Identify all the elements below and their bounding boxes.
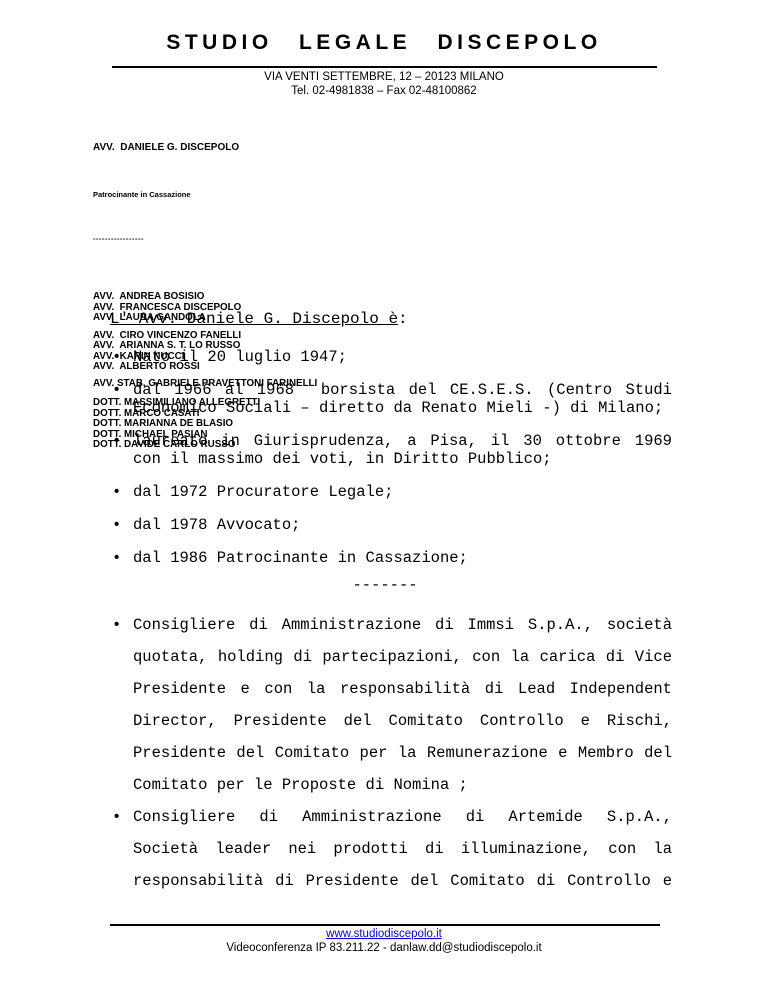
bullet-icon: • (112, 348, 121, 366)
bullet-list-double: •Consigliere di Amministrazione di Immsi… (133, 609, 672, 897)
bullet-line: quotata, holding di partecipazioni, con … (133, 641, 672, 673)
cv-intro: L' Avv. Daniele G. Discepolo è: (110, 310, 408, 328)
header-rule (112, 66, 657, 68)
bullet-icon: • (112, 549, 121, 567)
bullet-line: con il massimo dei voti, in Diritto Pubb… (133, 450, 672, 468)
bullet-list-single: •Nato il 20 luglio 1947;•dal 1966 al 196… (133, 348, 672, 582)
section-separator: ------- (110, 576, 660, 594)
bullet-item: •dal 1972 Procuratore Legale; (133, 483, 672, 501)
bullet-icon: • (112, 432, 121, 450)
bullet-line: Consigliere di Amministrazione di Immsi … (133, 609, 672, 641)
bullet-icon: • (112, 609, 121, 641)
bullet-item: •dal 1966 al 1968 borsista del CE.S.E.S.… (133, 381, 672, 417)
roster-line: AVV. ANDREA BOSISIO (93, 292, 317, 303)
bullet-line: dal 1978 Avvocato; (133, 516, 672, 534)
cv-intro-underlined: L' Avv. Daniele G. Discepolo è (110, 310, 398, 328)
address-line: VIA VENTI SETTEMBRE, 12 – 20123 MILANO (0, 71, 768, 84)
bullet-line: responsabilità di Presidente del Comitat… (133, 865, 672, 897)
bullet-line: Società leader nei prodotti di illuminaz… (133, 833, 672, 865)
bullet-item: •laureato in Giurisprudenza, a Pisa, il … (133, 432, 672, 468)
phone-fax-line: Tel. 02-4981838 – Fax 02-48100862 (0, 85, 768, 98)
roster-divider: ----------------- (93, 235, 317, 243)
bullet-line: Presidente e con la responsabilità di Le… (133, 673, 672, 705)
principal-title: Patrocinante in Cassazione (93, 190, 317, 199)
bullet-line: Consigliere di Amministrazione di Artemi… (133, 801, 672, 833)
videoconference-line: Videoconferenza IP 83.211.22 - danlaw.dd… (0, 942, 768, 955)
bullet-item: •dal 1986 Patrocinante in Cassazione; (133, 549, 672, 567)
bullet-icon: • (112, 483, 121, 501)
footer-rule (110, 924, 660, 926)
bullet-line: Comitato per le Proposte di Nomina ; (133, 769, 672, 801)
bullet-line: Presidente del Comitato per la Remuneraz… (133, 737, 672, 769)
bullet-line: Director, Presidente del Comitato Contro… (133, 705, 672, 737)
cv-intro-colon: : (398, 310, 408, 328)
bullet-item: •Consigliere di Amministrazione di Artem… (133, 801, 672, 897)
bullet-icon: • (112, 381, 121, 399)
firm-title: STUDIO LEGALE DISCEPOLO (0, 31, 768, 55)
bullet-item: •dal 1978 Avvocato; (133, 516, 672, 534)
principal-name: AVV. DANIELE G. DISCEPOLO (93, 142, 317, 154)
bullet-line: dal 1986 Patrocinante in Cassazione; (133, 549, 672, 567)
bullet-icon: • (112, 516, 121, 534)
bullet-item: •Consigliere di Amministrazione di Immsi… (133, 609, 672, 801)
bullet-line: dal 1972 Procuratore Legale; (133, 483, 672, 501)
bullet-line: Economico Sociali – diretto da Renato Mi… (133, 399, 672, 417)
bullet-icon: • (112, 801, 121, 833)
website-link[interactable]: www.studiodiscepolo.it (0, 928, 768, 941)
bullet-item: •Nato il 20 luglio 1947; (133, 348, 672, 366)
bullet-line: Nato il 20 luglio 1947; (133, 348, 672, 366)
bullet-line: dal 1966 al 1968 borsista del CE.S.E.S. … (133, 381, 672, 399)
bullet-line: laureato in Giurisprudenza, a Pisa, il 3… (133, 432, 672, 450)
document-page: STUDIO LEGALE DISCEPOLO VIA VENTI SETTEM… (0, 0, 768, 994)
